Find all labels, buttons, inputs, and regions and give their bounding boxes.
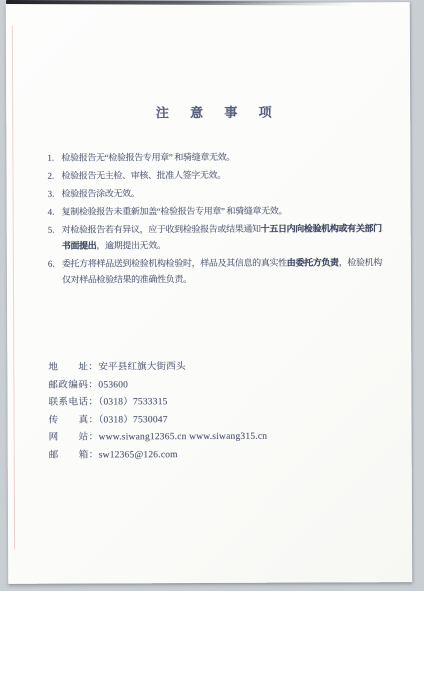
paper-page: 注 意 事 项 1.检验报告无“检验报告专用章” 和骑缝章无效。2.检验报告无主… bbox=[6, 2, 413, 584]
note-number: 2. bbox=[47, 168, 57, 184]
note-item: 3.检验报告涂改无效。 bbox=[48, 184, 389, 201]
contact-label: 联系电话： bbox=[48, 397, 98, 407]
contact-row: 地 址：安平县红旗大街西头 bbox=[48, 358, 378, 377]
contact-value: 053600 bbox=[98, 380, 128, 390]
note-text: ，逾期提出无效。 bbox=[96, 240, 165, 250]
note-number: 4. bbox=[48, 204, 58, 220]
note-item: 2.检验报告无主检、审核、批准人签字无效。 bbox=[47, 166, 388, 183]
contact-row: 传 真：（0318）7530047 bbox=[49, 411, 379, 430]
contact-row: 网 站：www.siwang12365.cn www.siwang315.cn bbox=[49, 428, 379, 447]
contact-block: 地 址：安平县红旗大街西头邮政编码：053600联系电话：（0318）75333… bbox=[48, 358, 378, 464]
note-number: 3. bbox=[48, 186, 58, 202]
binding-margin-line bbox=[12, 26, 15, 549]
contact-row: 邮 箱：sw12365@126.com bbox=[49, 446, 379, 465]
note-number: 6. bbox=[48, 256, 58, 272]
note-number: 1. bbox=[47, 150, 57, 166]
contact-value: sw12365@126.com bbox=[99, 450, 178, 460]
contact-label: 邮 箱： bbox=[49, 450, 99, 460]
contact-label: 网 站： bbox=[49, 432, 99, 442]
contact-value: （0318）7530047 bbox=[99, 415, 168, 425]
note-item: 6.委托方将样品送到检验机构检验时，样品及其信息的真实性由委托方负责，检验机构仅… bbox=[48, 254, 389, 287]
note-text: 检验报告无“检验报告专用章” 和骑缝章无效。 bbox=[61, 152, 235, 163]
contact-row: 联系电话：（0318）7533315 bbox=[48, 393, 378, 412]
note-text: 检验报告涂改无效。 bbox=[62, 188, 140, 198]
note-text: 检验报告无主检、审核、批准人签字无效。 bbox=[61, 170, 225, 181]
contact-label: 邮政编码： bbox=[48, 380, 98, 390]
note-item: 1.检验报告无“检验报告专用章” 和骑缝章无效。 bbox=[47, 148, 388, 165]
contact-label: 地 址： bbox=[48, 362, 98, 372]
contact-value: www.siwang12365.cn www.siwang315.cn bbox=[99, 432, 268, 443]
screenshot-canvas: 注 意 事 项 1.检验报告无“检验报告专用章” 和骑缝章无效。2.检验报告无主… bbox=[0, 0, 424, 700]
contact-row: 邮政编码：053600 bbox=[48, 376, 378, 395]
note-text: 复制检验报告未重新加盖“检验报告专用章” 和骑缝章无效。 bbox=[62, 206, 287, 217]
note-text: 对检验报告若有异议，应于收到检验报告或结果通知 bbox=[62, 224, 261, 235]
note-text: 委托方将样品送到检验机构检验时，样品及其信息的真实性 bbox=[62, 258, 287, 269]
note-item: 4.复制检验报告未重新加盖“检验报告专用章” 和骑缝章无效。 bbox=[48, 202, 389, 219]
note-text-bold: 由委托方负责 bbox=[287, 257, 339, 267]
page-title: 注 意 事 项 bbox=[6, 105, 410, 121]
contact-value: （0318）7533315 bbox=[98, 397, 167, 407]
note-item: 5.对检验报告若有异议，应于收到检验报告或结果通知十五日内向检验机构或有关部门书… bbox=[48, 220, 389, 253]
scan-background: 注 意 事 项 1.检验报告无“检验报告专用章” 和骑缝章无效。2.检验报告无主… bbox=[0, 0, 424, 591]
notes-list: 1.检验报告无“检验报告专用章” 和骑缝章无效。2.检验报告无主检、审核、批准人… bbox=[47, 148, 389, 289]
contact-label: 传 真： bbox=[49, 415, 99, 425]
contact-value: 安平县红旗大街西头 bbox=[98, 362, 185, 372]
note-number: 5. bbox=[48, 222, 58, 238]
